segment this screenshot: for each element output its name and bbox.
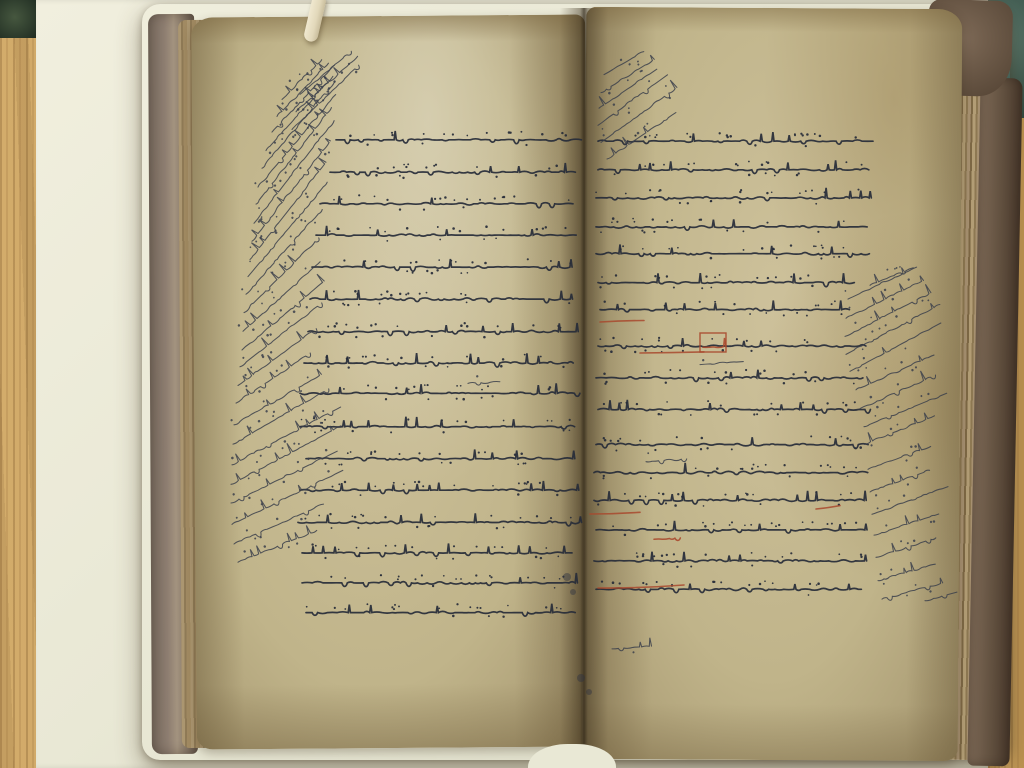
- left-page: [191, 14, 591, 749]
- right-page: [582, 7, 963, 761]
- photo-of-open-manuscript: [0, 0, 1024, 768]
- book-gutter-shadow: [560, 8, 608, 760]
